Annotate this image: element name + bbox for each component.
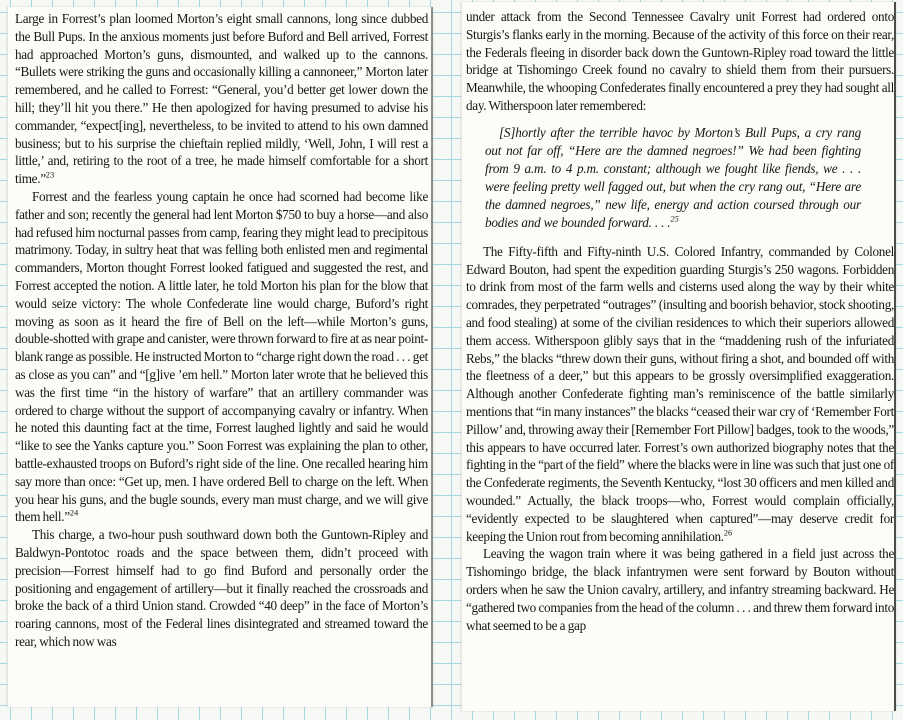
footnote-marker: 23 <box>46 170 55 180</box>
paragraph: The Fifty-fifth and Fifty-ninth U.S. Col… <box>466 243 894 546</box>
paragraph: under attack from the Second Tennessee C… <box>466 8 894 115</box>
footnote-marker: 24 <box>70 508 79 518</box>
paragraph-text: Forrest and the fearless young captain h… <box>15 189 428 524</box>
footnote-marker: 26 <box>724 527 733 537</box>
paragraph-text: The Fifty-fifth and Fifty-ninth U.S. Col… <box>466 244 894 544</box>
left-page-scan: Large in Forrest’s plan loomed Morton’s … <box>7 7 433 707</box>
footnote-marker: 25 <box>670 213 679 223</box>
paragraph: This charge, a two-hour push southward d… <box>15 526 428 651</box>
block-quote: [S]hortly after the terrible havoc by Mo… <box>485 124 861 232</box>
paragraph-text: under attack from the Second Tennessee C… <box>466 9 894 113</box>
paragraph-text: This charge, a two-hour push southward d… <box>15 527 428 649</box>
paragraph-text: Leaving the wagon train where it was bei… <box>466 546 894 632</box>
graph-paper-background: { "document": { "left_page": { "paragrap… <box>0 0 903 720</box>
paragraph-text: Large in Forrest’s plan loomed Morton’s … <box>15 11 428 186</box>
paragraph: Large in Forrest’s plan loomed Morton’s … <box>15 10 428 188</box>
paragraph: Leaving the wagon train where it was bei… <box>466 545 894 634</box>
right-column-text: under attack from the Second Tennessee C… <box>466 8 894 634</box>
right-page-scan: under attack from the Second Tennessee C… <box>461 2 896 711</box>
paragraph: Forrest and the fearless young captain h… <box>15 188 428 526</box>
left-column-text: Large in Forrest’s plan loomed Morton’s … <box>15 10 428 651</box>
